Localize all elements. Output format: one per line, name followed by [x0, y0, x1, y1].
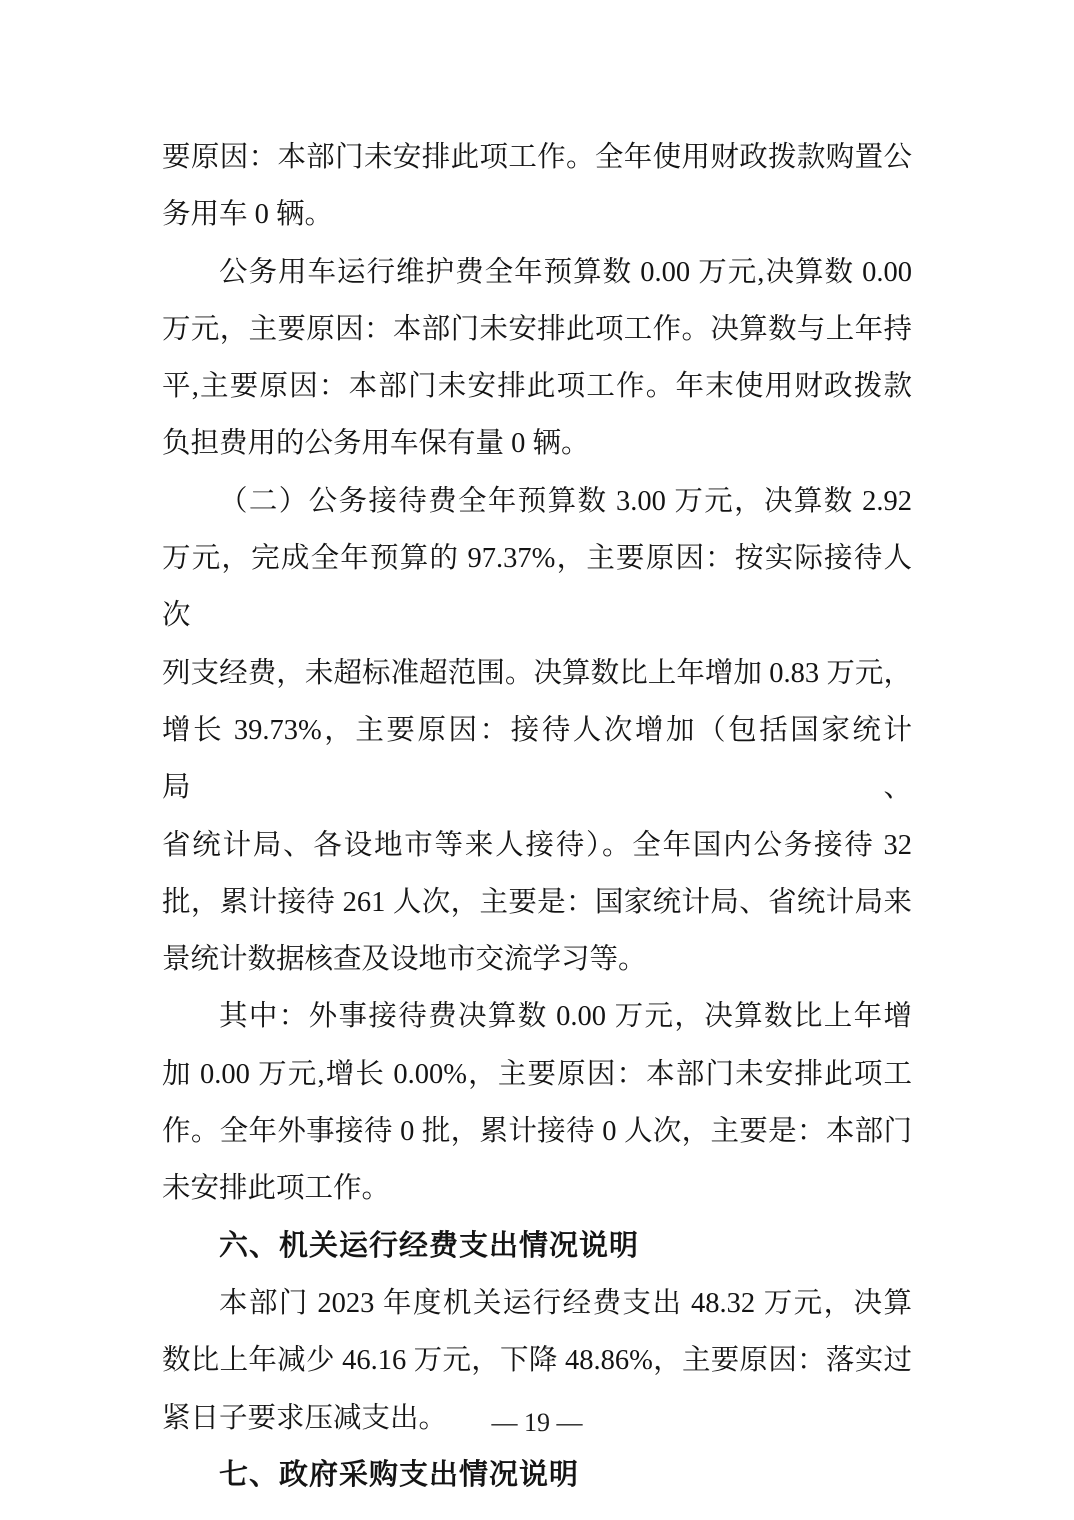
text-line: 公务用车运行维护费全年预算数 0.00 万元,决算数 0.00	[162, 244, 912, 301]
text-line: 万元，主要原因：本部门未安排此项工作。决算数与上年持	[162, 301, 912, 358]
text-line: 其中：外事接待费决算数 0.00 万元，决算数比上年增	[162, 988, 912, 1045]
page-number: — 19 —	[492, 1408, 583, 1437]
text-line: 列支经费，未超标准超范围。决算数比上年增加 0.83 万元，	[162, 645, 912, 702]
text-line: （二）公务接待费全年预算数 3.00 万元，决算数 2.92	[162, 473, 912, 530]
page-footer: — 19 —	[0, 1403, 1074, 1443]
section-heading-7: 七、政府采购支出情况说明	[162, 1447, 912, 1504]
text-line: 负担费用的公务用车保有量 0 辆。	[162, 415, 912, 472]
document-content: 要原因：本部门未安排此项工作。全年使用财政拨款购置公 务用车 0 辆。 公务用车…	[162, 129, 912, 1504]
text-line: 作。全年外事接待 0 批，累计接待 0 人次，主要是：本部门	[162, 1103, 912, 1160]
text-line: 增长 39.73%，主要原因：接待人次增加（包括国家统计局、	[162, 702, 912, 817]
text-line: 景统计数据核查及设地市交流学习等。	[162, 931, 912, 988]
text-line: 加 0.00 万元,增长 0.00%，主要原因：本部门未安排此项工	[162, 1046, 912, 1103]
text-line: 务用车 0 辆。	[162, 186, 912, 243]
text-line: 批，累计接待 261 人次，主要是：国家统计局、省统计局来	[162, 874, 912, 931]
section-heading-6: 六、机关运行经费支出情况说明	[162, 1218, 912, 1275]
text-line: 万元，完成全年预算的 97.37%，主要原因：按实际接待人次	[162, 530, 912, 645]
text-line: 本部门 2023 年度机关运行经费支出 48.32 万元，决算	[162, 1275, 912, 1332]
text-line: 平,主要原因：本部门未安排此项工作。年末使用财政拨款	[162, 358, 912, 415]
text-line: 数比上年减少 46.16 万元，下降 48.86%，主要原因：落实过	[162, 1332, 912, 1389]
text-line: 省统计局、各设地市等来人接待）。全年国内公务接待 32	[162, 817, 912, 874]
text-line: 要原因：本部门未安排此项工作。全年使用财政拨款购置公	[162, 129, 912, 186]
text-line: 未安排此项工作。	[162, 1160, 912, 1217]
document-page: 要原因：本部门未安排此项工作。全年使用财政拨款购置公 务用车 0 辆。 公务用车…	[0, 0, 1074, 1520]
